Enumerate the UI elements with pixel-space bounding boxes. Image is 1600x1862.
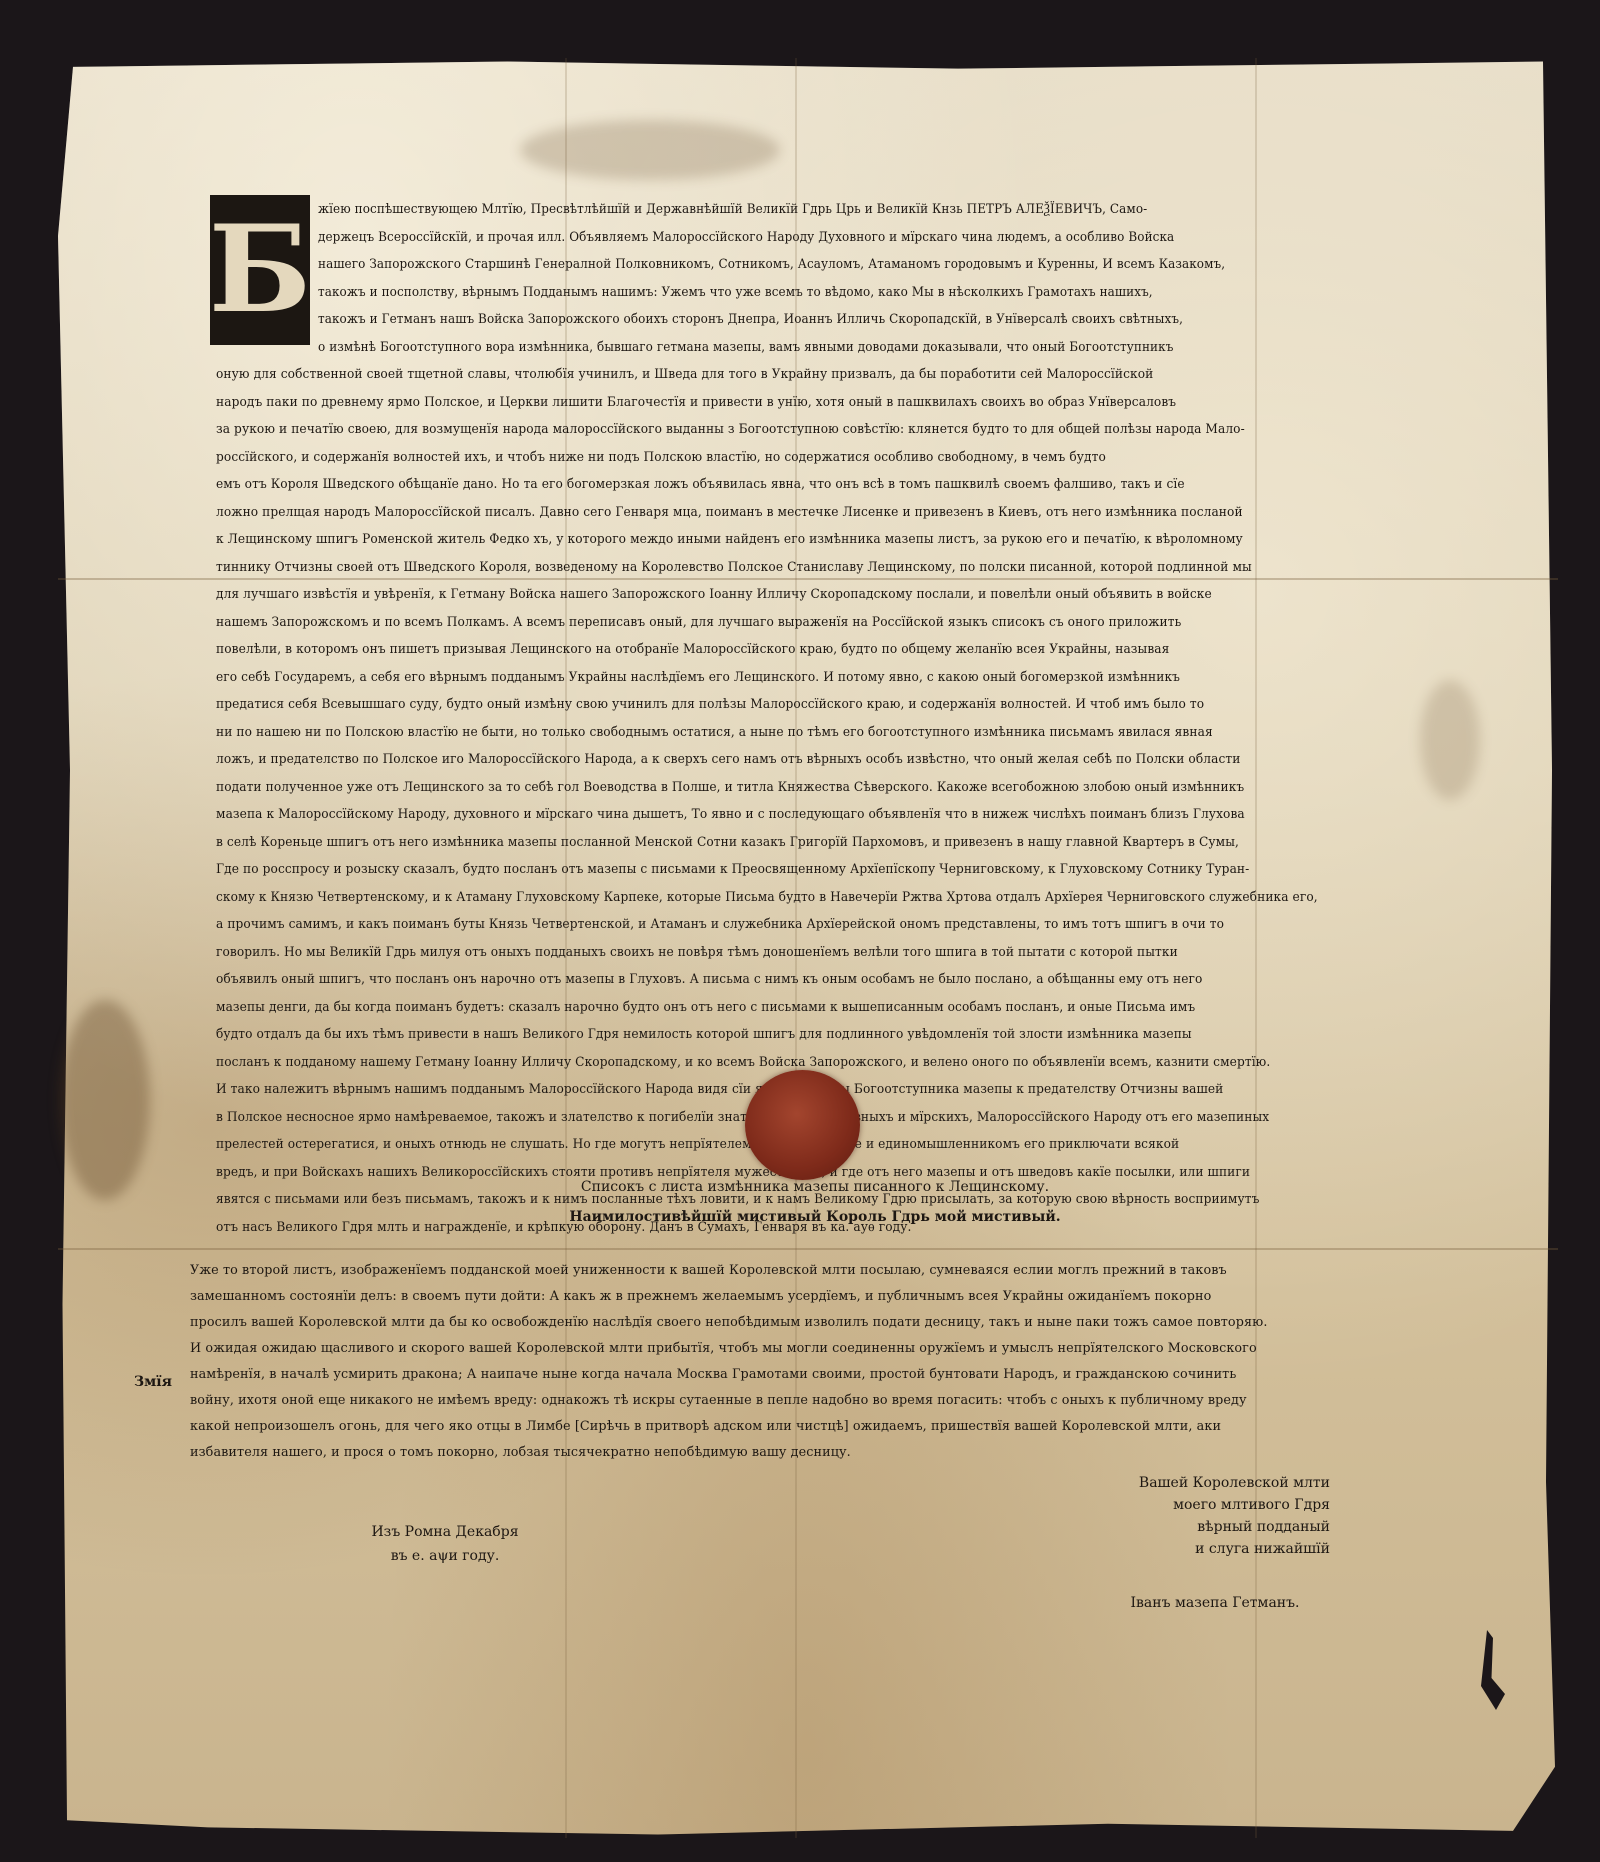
date-line: въ е. аψи году. xyxy=(310,1544,580,1568)
text-line: за рукою и печатїю своею, для возмущенїя… xyxy=(216,416,1336,444)
text-line: скому к Князю Четвертенскому, и к Атаман… xyxy=(216,884,1336,912)
letter-line: замешанномъ состоянїи делъ: в своемъ пут… xyxy=(190,1284,1390,1310)
letter-text: Уже то второй листъ, изображенїемъ подда… xyxy=(190,1258,1440,1466)
letter-line: И ожидая ожидаю щасливого и скорого ваше… xyxy=(190,1336,1390,1362)
text-line: повелѣли, в которомъ онъ пишетъ призывая… xyxy=(216,636,1336,664)
text-line: для лучшаго извѣстїя и увѣренїя, к Гетма… xyxy=(216,581,1336,609)
text-line: Где по росспросу и розыску сказалъ, будт… xyxy=(216,856,1336,884)
text-line: мазепа к Малороссїйскому Народу, духовно… xyxy=(216,801,1336,829)
text-line: его себѣ Государемъ, а себя его вѣрнымъ … xyxy=(216,664,1336,692)
text-line: тиннику Отчизны своей отъ Шведского Коро… xyxy=(216,554,1336,582)
text-line: к Лещинскому шпигъ Роменской житель Федк… xyxy=(216,526,1336,554)
date-line: Изъ Ромна Декабря xyxy=(310,1520,580,1544)
letter-line: просилъ вашей Королевской млти да бы ко … xyxy=(190,1310,1390,1336)
text-line: посланъ к подданому нашему Гетману Іоанн… xyxy=(216,1049,1336,1077)
text-line: а прочимъ самимъ, и какъ поиманъ буты Кн… xyxy=(216,911,1336,939)
manifesto-text: жїею поспѣшествующею Млтїю, Пресвѣтлѣйшї… xyxy=(318,196,1438,1241)
text-line: держецъ Всероссїйскїй, и прочая илл. Объ… xyxy=(318,224,1328,252)
salutation: Наимилостивѣйшїй мистивый Король Гдрь мо… xyxy=(190,1202,1440,1232)
closing-line: Вашей Королевской млти xyxy=(1070,1472,1330,1494)
letter-line: какой непроизошелъ огонь, для чего яко о… xyxy=(190,1414,1390,1440)
margin-note: Змїя xyxy=(134,1374,172,1390)
letter-line: намѣренїя, в началѣ усмирить дракона; А … xyxy=(190,1362,1390,1388)
text-line: россїйского, и содержанїя волностей ихъ,… xyxy=(216,444,1336,472)
text-line: будто отдалъ да бы ихъ тѣмъ привести в н… xyxy=(216,1021,1336,1049)
text-line: объявилъ оный шпигъ, что посланъ онъ нар… xyxy=(216,966,1336,994)
closing-line: вѣрный подданый xyxy=(1070,1516,1330,1538)
fold-line xyxy=(58,1248,1558,1250)
letter-line: Уже то второй листъ, изображенїемъ подда… xyxy=(190,1258,1390,1284)
text-line: нашемъ Запорожскомъ и по всемъ Полкамъ. … xyxy=(216,609,1336,637)
text-line: такожъ и Гетманъ нашъ Войска Запорожског… xyxy=(318,306,1328,334)
text-line: емъ отъ Короля Шведского обѣщанїе дано. … xyxy=(216,471,1336,499)
copy-heading-block: Списокъ с листа измѣнника мазепы писанно… xyxy=(190,1172,1440,1232)
text-line: ложъ, и предателство по Полское иго Мало… xyxy=(216,746,1336,774)
closing-line: и слуга нижайшїй xyxy=(1070,1538,1330,1560)
text-line: предатися себя Всевышшаго суду, будто он… xyxy=(216,691,1336,719)
text-line: говорилъ. Но мы Великїй Гдрь милуя отъ о… xyxy=(216,939,1336,967)
closing-line: моего млтивого Гдря xyxy=(1070,1494,1330,1516)
text-line: ни по нашею ни по Полскою властїю не быт… xyxy=(216,719,1336,747)
copy-heading: Списокъ с листа измѣнника мазепы писанно… xyxy=(190,1172,1440,1202)
text-line: о измѣнѣ Богоотступного вора измѣнника, … xyxy=(318,334,1328,362)
text-line: подати полученное уже отъ Лещинского за … xyxy=(216,774,1336,802)
letter-line: войну, ихотя оной еще никакого не имѣемъ… xyxy=(190,1388,1390,1414)
text-line: народъ паки по древнему ярмо Полское, и … xyxy=(216,389,1336,417)
text-line: жїею поспѣшествующею Млтїю, Пресвѣтлѣйшї… xyxy=(318,196,1328,224)
text-line: в селѣ Кореньце шпигъ отъ него измѣнника… xyxy=(216,829,1336,857)
text-line: мазепы денги, да бы когда поиманъ будетъ… xyxy=(216,994,1336,1022)
text-line: нашего Запорожского Старшинѣ Генералной … xyxy=(318,251,1328,279)
text-line: такожъ и посполству, вѣрнымъ Подданымъ н… xyxy=(318,279,1328,307)
letter-line: избавителя нашего, и прося о томъ покорн… xyxy=(190,1440,1390,1466)
closing-block: Вашей Королевской млти моего млтивого Гд… xyxy=(1070,1472,1330,1560)
stain xyxy=(60,1000,150,1200)
signature: Іванъ мазепа Гетманъ. xyxy=(1090,1592,1340,1614)
decorated-initial: Б xyxy=(210,195,310,345)
letter-date: Изъ Ромна Декабря въ е. аψи году. xyxy=(310,1520,580,1568)
text-line: ложно прелщая народъ Малороссїйской писа… xyxy=(216,499,1336,527)
wax-seal xyxy=(745,1070,860,1180)
stain xyxy=(520,120,780,180)
text-line: оную для собственной своей тщетной славы… xyxy=(216,361,1336,389)
